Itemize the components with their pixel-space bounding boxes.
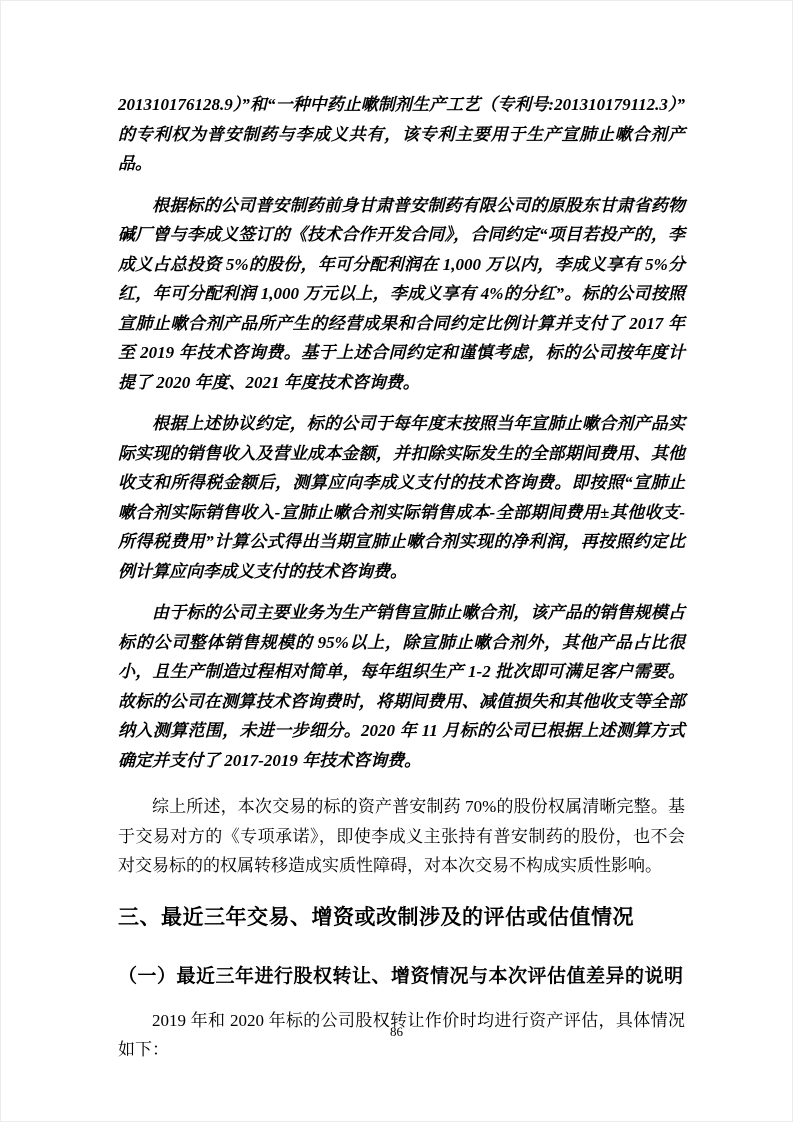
paragraph-patent-continuation: 201310176128.9）”和“一种中药止嗽制剂生产工艺（专利号:20131… xyxy=(118,90,685,179)
paragraph-fee-calculation-method: 根据上述协议约定，标的公司于每年度末按照当年宣肺止嗽合剂产品实际实现的销售收入及… xyxy=(118,409,685,586)
page-number: 86 xyxy=(0,1024,793,1040)
document-page: 201310176128.9）”和“一种中药止嗽制剂生产工艺（专利号:20131… xyxy=(0,0,793,1122)
section-heading-three: 三、最近三年交易、增资或改制涉及的评估或估值情况 xyxy=(118,903,685,933)
paragraph-business-scale: 由于标的公司主要业务为生产销售宣肺止嗽合剂，该产品的销售规模占标的公司整体销售规… xyxy=(118,598,685,775)
paragraph-conclusion: 综上所述，本次交易的标的资产普安制药 70%的股份权属清晰完整。基于交易对方的《… xyxy=(118,792,685,881)
page-content: 201310176128.9）”和“一种中药止嗽制剂生产工艺（专利号:20131… xyxy=(118,90,685,1065)
paragraph-technology-contract: 根据标的公司普安制药前身甘肃普安制药有限公司的原股东甘肃省药物碱厂曾与李成义签订… xyxy=(118,191,685,398)
subsection-heading-one: （一）最近三年进行股权转让、增资情况与本次评估值差异的说明 xyxy=(118,963,685,991)
